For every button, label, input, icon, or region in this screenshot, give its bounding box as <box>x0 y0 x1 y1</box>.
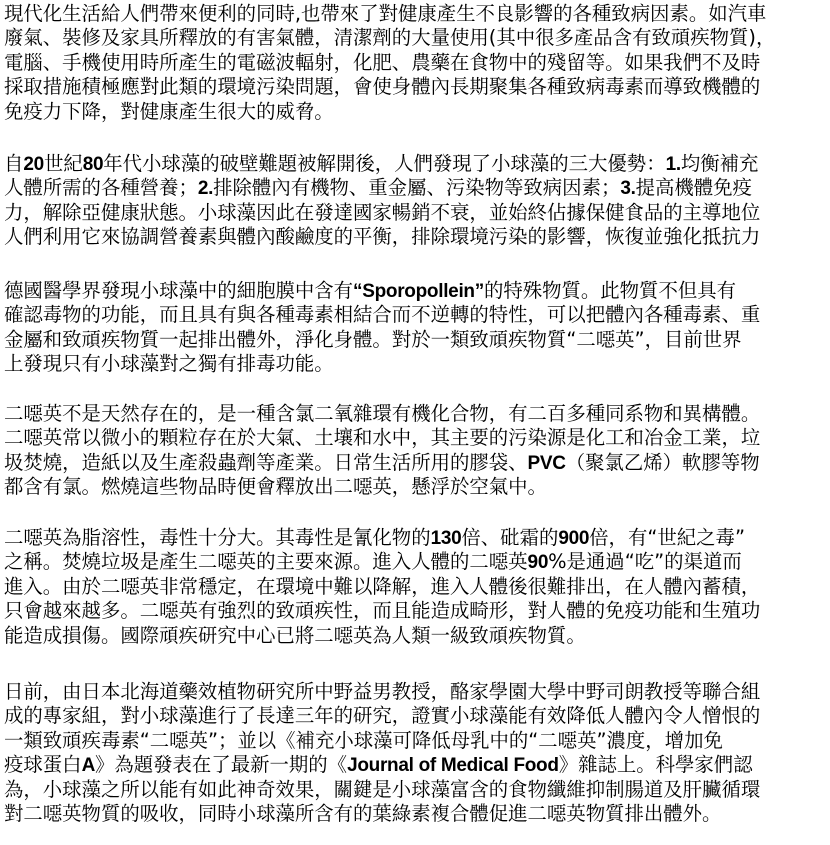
text-line: 成的專家組，對小球藻進行了長達三年的研究，證實小球藻能有效降低人體內令人憎恨的 <box>4 704 830 728</box>
text-run: 德國醫學界發現小球藻中的細胞膜中含有 <box>4 279 353 302</box>
text-run: 》為題發表在了最新一期的《 <box>95 753 347 776</box>
text-run: （聚氯乙烯）軟膠等物 <box>566 451 760 474</box>
latin-text-run: “Sporopollein” <box>353 281 484 302</box>
text-run: 倍、砒霜的 <box>461 526 558 549</box>
text-run: 二噁英常以微小的顆粒存在於大氣、土壤和水中，其主要的污染源是化工和冶金工業，垃 <box>4 426 760 449</box>
paragraph: 日前，由日本北海道藥效植物研究所中野益男教授，酪家學園大學中野司朗教授等聯合組成… <box>4 680 830 826</box>
text-line: 都含有氯。燃燒這些物品時便會釋放出二噁英，懸浮於空氣中。 <box>4 475 830 499</box>
text-run: 免疫力下降，對健康產生很大的威脅。 <box>4 100 334 123</box>
text-run: 金屬和致頑疾物質一起排出體外，淨化身體。對於一類致頑疾物質“二噁英”，目前世界 <box>4 328 742 351</box>
text-run: 日前，由日本北海道藥效植物研究所中野益男教授，酪家學園大學中野司朗教授等聯合組 <box>4 680 760 703</box>
text-run: 自 <box>4 152 23 175</box>
text-line: 電腦、手機使用時所產生的電磁波輻射，化肥、農藥在食物中的殘留等。如果我們不及時 <box>4 51 830 75</box>
latin-text-run: 1. <box>666 154 681 175</box>
text-run: 電腦、手機使用時所產生的電磁波輻射，化肥、農藥在食物中的殘留等。如果我們不及時 <box>4 51 760 74</box>
latin-text-run: 20 <box>23 154 44 175</box>
text-line: 自20世紀80年代小球藻的破壁難題被解開後，人們發現了小球藻的三大優勢：1.均衡… <box>4 152 830 176</box>
latin-text-run: 80 <box>83 154 104 175</box>
text-line: 能造成損傷。國際頑疾研究中心已將二噁英為人類一級致頑疾物質。 <box>4 624 830 648</box>
latin-text-run: Journal of Medical Food <box>347 755 559 776</box>
text-run: 進入。由於二噁英非常穩定，在環境中難以降解，進入人體後很難排出，在人體內蓄積， <box>4 575 760 598</box>
text-line: 之稱。焚燒垃圾是產生二噁英的主要來源。進入人體的二噁英90%是通過“吃”的渠道而 <box>4 550 830 574</box>
text-run: 採取措施積極應對此類的環境污染問題，會使身體內長期聚集各種致病毒素而導致機體的 <box>4 75 760 98</box>
text-line: 為，小球藻之所以能有如此神奇效果，關鍵是小球藻富含的食物纖維抑制腸道及肝臟循環 <box>4 778 830 802</box>
text-line: 一類致頑疾毒素“二噁英”；並以《補充小球藻可降低母乳中的“二噁英”濃度，增加免 <box>4 729 830 753</box>
latin-text-run: PVC <box>528 453 566 474</box>
text-line: 二噁英為脂溶性，毒性十分大。其毒性是氰化物的130倍、砒霜的900倍，有“世紀之… <box>4 526 830 550</box>
latin-text-run: 90 <box>528 552 549 573</box>
text-run: 倍，有“世紀之毒” <box>589 526 745 549</box>
text-run: 廢氣、裝修及家具所釋放的有害氣體，清潔劑的大量使用(其中很多產品含有致頑疾物質)… <box>4 26 775 49</box>
text-run: 圾焚燒，造紙以及生產殺蟲劑等產業。日常生活所用的膠袋、 <box>4 451 528 474</box>
paragraph: 二噁英為脂溶性，毒性十分大。其毒性是氰化物的130倍、砒霜的900倍，有“世紀之… <box>4 526 830 648</box>
paragraph: 自20世紀80年代小球藻的破壁難題被解開後，人們發現了小球藻的三大優勢：1.均衡… <box>4 152 830 250</box>
paragraph: 現代化生活給人們帶來便利的同時,也帶來了對健康產生不良影響的各種致病因素。如汽車… <box>4 2 830 124</box>
text-run: 提高機體免疫 <box>636 176 752 199</box>
text-run: %是通過“吃”的渠道而 <box>548 550 742 573</box>
text-line: 人們利用它來協調營養素與體內酸鹼度的平衡，排除環境污染的影響，恢復並強化抵抗力 <box>4 225 830 249</box>
text-run: 》雜誌上。科學家們認 <box>559 753 753 776</box>
text-run: 上發現只有小球藻對之獨有排毒功能。 <box>4 352 334 375</box>
text-run: 都含有氯。燃燒這些物品時便會釋放出二噁英，懸浮於空氣中。 <box>4 475 547 498</box>
text-run: 之稱。焚燒垃圾是產生二噁英的主要來源。進入人體的二噁英 <box>4 550 528 573</box>
text-line: 免疫力下降，對健康產生很大的威脅。 <box>4 100 830 124</box>
text-line: 二噁英不是天然存在的，是一種含氯二氧雜環有機化合物，有二百多種同系物和異構體。 <box>4 402 830 426</box>
text-run: 力，解除亞健康狀態。小球藻因此在發達國家暢銷不衰，並始終佔據保健食品的主導地位 <box>4 201 760 224</box>
text-line: 人體所需的各種營養；2.排除體內有機物、重金屬、污染物等致病因素；3.提高機體免… <box>4 176 830 200</box>
text-run: 人們利用它來協調營養素與體內酸鹼度的平衡，排除環境污染的影響，恢復並強化抵抗力 <box>4 225 760 248</box>
text-line: 日前，由日本北海道藥效植物研究所中野益男教授，酪家學園大學中野司朗教授等聯合組 <box>4 680 830 704</box>
text-line: 廢氣、裝修及家具所釋放的有害氣體，清潔劑的大量使用(其中很多產品含有致頑疾物質)… <box>4 26 830 50</box>
text-run: 年代小球藻的破壁難題被解開後，人們發現了小球藻的三大優勢： <box>103 152 665 175</box>
text-line: 對二噁英物質的吸收，同時小球藻所含有的葉綠素複合體促進二噁英物質排出體外。 <box>4 802 830 826</box>
text-run: 均衡補充 <box>681 152 759 175</box>
text-run: 疫球蛋白 <box>4 753 82 776</box>
text-line: 只會越來越多。二噁英有強烈的致頑疾性，而且能造成畸形，對人體的免疫功能和生殖功 <box>4 599 830 623</box>
text-line: 上發現只有小球藻對之獨有排毒功能。 <box>4 352 830 376</box>
text-line: 現代化生活給人們帶來便利的同時,也帶來了對健康產生不良影響的各種致病因素。如汽車 <box>4 2 830 26</box>
text-run: 人體所需的各種營養； <box>4 176 198 199</box>
text-line: 金屬和致頑疾物質一起排出體外，淨化身體。對於一類致頑疾物質“二噁英”，目前世界 <box>4 328 830 352</box>
text-line: 力，解除亞健康狀態。小球藻因此在發達國家暢銷不衰，並始終佔據保健食品的主導地位 <box>4 201 830 225</box>
text-line: 採取措施積極應對此類的環境污染問題，會使身體內長期聚集各種致病毒素而導致機體的 <box>4 75 830 99</box>
text-run: 為，小球藻之所以能有如此神奇效果，關鍵是小球藻富含的食物纖維抑制腸道及肝臟循環 <box>4 778 760 801</box>
text-run: 只會越來越多。二噁英有強烈的致頑疾性，而且能造成畸形，對人體的免疫功能和生殖功 <box>4 599 760 622</box>
text-line: 確認毒物的功能，而且具有與各種毒素相結合而不逆轉的特性，可以把體內各種毒素、重 <box>4 303 830 327</box>
text-run: 排除體內有機物、重金屬、污染物等致病因素； <box>213 176 620 199</box>
paragraph: 二噁英不是天然存在的，是一種含氯二氧雜環有機化合物，有二百多種同系物和異構體。二… <box>4 402 830 500</box>
text-run: 確認毒物的功能，而且具有與各種毒素相結合而不逆轉的特性，可以把體內各種毒素、重 <box>4 303 760 326</box>
text-line: 進入。由於二噁英非常穩定，在環境中難以降解，進入人體後很難排出，在人體內蓄積， <box>4 575 830 599</box>
text-line: 德國醫學界發現小球藻中的細胞膜中含有“Sporopollein”的特殊物質。此物… <box>4 279 830 303</box>
text-run: 能造成損傷。國際頑疾研究中心已將二噁英為人類一級致頑疾物質。 <box>4 624 586 647</box>
paragraph: 德國醫學界發現小球藻中的細胞膜中含有“Sporopollein”的特殊物質。此物… <box>4 279 830 377</box>
text-run: 二噁英為脂溶性，毒性十分大。其毒性是氰化物的 <box>4 526 431 549</box>
text-line: 疫球蛋白A》為題發表在了最新一期的《Journal of Medical Foo… <box>4 753 830 777</box>
latin-text-run: 2. <box>198 178 213 199</box>
latin-text-run: 900 <box>558 528 589 549</box>
text-run: 二噁英不是天然存在的，是一種含氯二氧雜環有機化合物，有二百多種同系物和異構體。 <box>4 402 760 425</box>
latin-text-run: A <box>82 755 95 776</box>
text-run: 一類致頑疾毒素“二噁英”；並以《補充小球藻可降低母乳中的“二噁英”濃度，增加免 <box>4 729 723 752</box>
text-run: 現代化生活給人們帶來便利的同時,也帶來了對健康產生不良影響的各種致病因素。如汽車 <box>4 2 766 25</box>
text-line: 圾焚燒，造紙以及生產殺蟲劑等產業。日常生活所用的膠袋、PVC（聚氯乙烯）軟膠等物 <box>4 451 830 475</box>
text-run: 對二噁英物質的吸收，同時小球藻所含有的葉綠素複合體促進二噁英物質排出體外。 <box>4 802 721 825</box>
text-run: 的特殊物質。此物質不但具有 <box>484 279 736 302</box>
text-run: 成的專家組，對小球藻進行了長達三年的研究，證實小球藻能有效降低人體內令人憎恨的 <box>4 704 760 727</box>
text-line: 二噁英常以微小的顆粒存在於大氣、土壤和水中，其主要的污染源是化工和冶金工業，垃 <box>4 426 830 450</box>
text-run: 世紀 <box>44 152 83 175</box>
latin-text-run: 3. <box>620 178 635 199</box>
latin-text-run: 130 <box>431 528 462 549</box>
